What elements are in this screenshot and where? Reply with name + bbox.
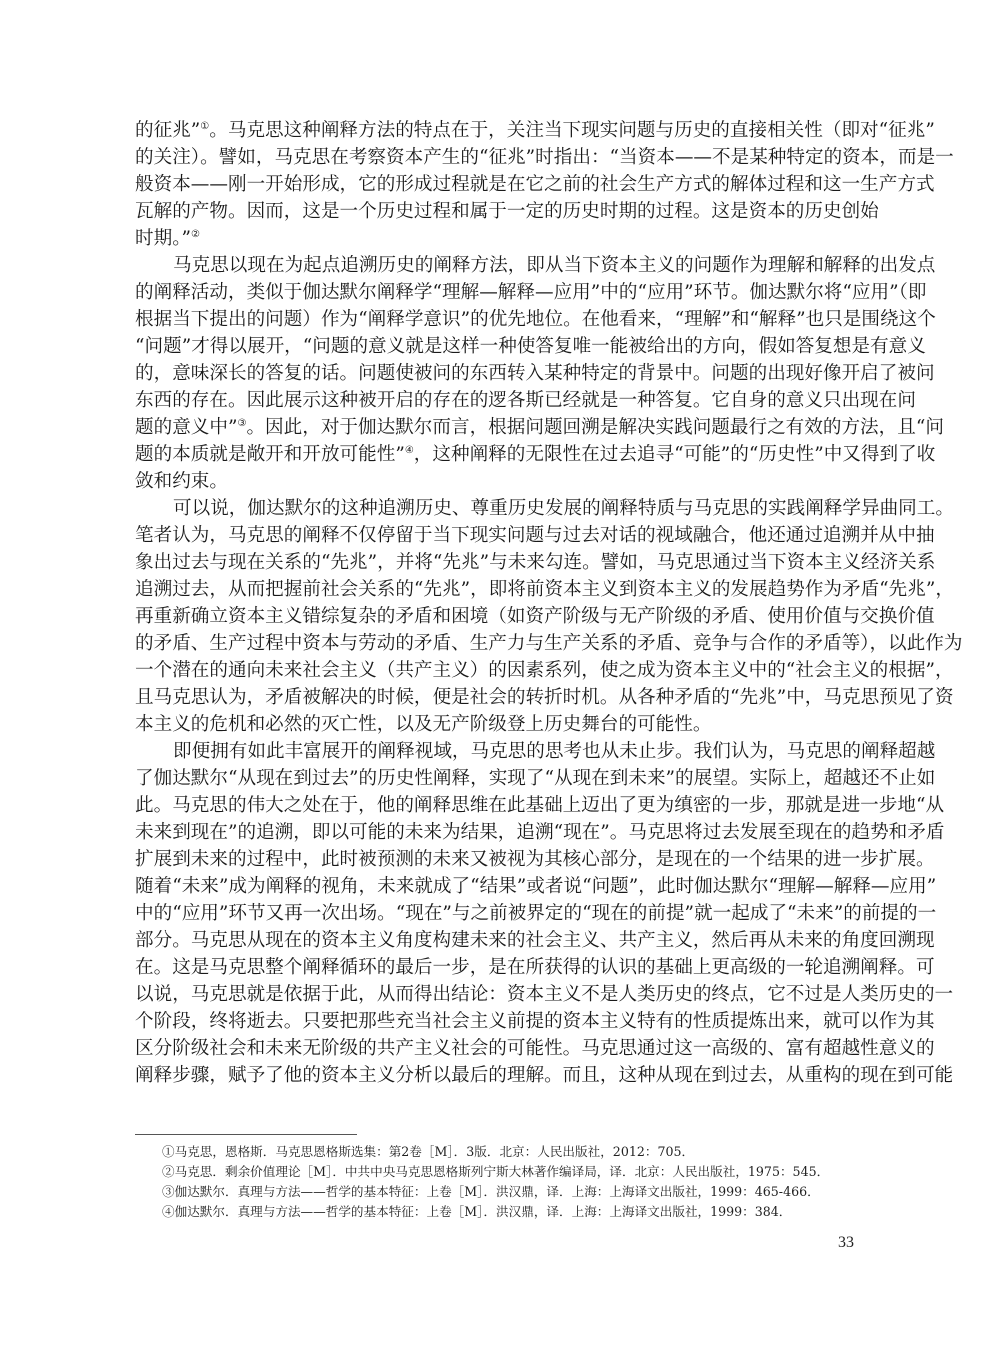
text-line: 敛和约束。	[135, 468, 867, 495]
text-line: 般资本——刚一开始形成，它的形成过程就是在它之前的社会生产方式的解体过程和这一生…	[135, 171, 867, 198]
text-line: 题的本质就是敞开和开放可能性”④，这种阐释的无限性在过去追寻“可能”的“历史性”…	[135, 441, 867, 468]
text-line: 即便拥有如此丰富展开的阐释视域，马克思的思考也从未止步。我们认为，马克思的阐释超…	[135, 738, 867, 765]
paragraph: 的征兆”①。马克思这种阐释方法的特点在于，关注当下现实问题与历史的直接相关性（即…	[135, 117, 867, 252]
footnote-ref[interactable]: ④	[405, 445, 414, 456]
text-line: 再重新确立资本主义错综复杂的矛盾和困境（如资产阶级与无产阶级的矛盾、使用价值与交…	[135, 603, 867, 630]
text-line: 可以说，伽达默尔的这种追溯历史、尊重历史发展的阐释特质与马克思的实践阐释学异曲同…	[135, 495, 867, 522]
paragraph: 马克思以现在为起点追溯历史的阐释方法，即从当下资本主义的问题作为理解和解释的出发…	[135, 252, 867, 495]
text-line: 的矛盾、生产过程中资本与劳动的矛盾、生产力与生产关系的矛盾、竞争与合作的矛盾等）…	[135, 630, 867, 657]
text-line: 东西的存在。因此展示这种被开启的存在的逻各斯已经就是一种答复。它自身的意义只出现…	[135, 387, 867, 414]
text-line: 的阐释活动，类似于伽达默尔阐释学“理解—解释—应用”中的“应用”环节。伽达默尔将…	[135, 279, 867, 306]
paragraph: 可以说，伽达默尔的这种追溯历史、尊重历史发展的阐释特质与马克思的实践阐释学异曲同…	[135, 495, 867, 738]
text-line: 时期。”②	[135, 225, 867, 252]
text-line: 追溯过去，从而把握前社会关系的“先兆”，即将前资本主义到资本主义的发展趋势作为矛…	[135, 576, 867, 603]
footnotes: ①马克思，恩格斯．马克思恩格斯选集：第2卷［M］．3版．北京：人民出版社，201…	[162, 1142, 862, 1222]
text-line: “问题”才得以展开，“问题的意义就是这样一种使答复唯一能被给出的方向，假如答复想…	[135, 333, 867, 360]
text-line: 根据当下提出的问题）作为“阐释学意识”的优先地位。在他看来，“理解”和“解释”也…	[135, 306, 867, 333]
text-line: 了伽达默尔“从现在到过去”的历史性阐释，实现了“从现在到未来”的展望。实际上，超…	[135, 765, 867, 792]
text-line: 此。马克思的伟大之处在于，他的阐释思维在此基础上迈出了更为缜密的一步，那就是进一…	[135, 792, 867, 819]
text-line: 瓦解的产物。因而，这是一个历史过程和属于一定的历史时期的过程。这是资本的历史创始	[135, 198, 867, 225]
footnote-1: ①马克思，恩格斯．马克思恩格斯选集：第2卷［M］．3版．北京：人民出版社，201…	[162, 1142, 862, 1162]
text-line: 未来到现在”的追溯，即以可能的未来为结果，追溯“现在”。马克思将过去发展至现在的…	[135, 819, 867, 846]
text-line: 且马克思认为，矛盾被解决的时候，便是社会的转折时机。从各种矛盾的“先兆”中，马克…	[135, 684, 867, 711]
text-line: 部分。马克思从现在的资本主义角度构建未来的社会主义、共产主义，然后再从未来的角度…	[135, 927, 867, 954]
footnote-3: ③伽达默尔．真理与方法——哲学的基本特征：上卷［M］．洪汉鼎，译．上海：上海译文…	[162, 1182, 862, 1202]
footnote-2: ②马克思．剩余价值理论［M］．中共中央马克思恩格斯列宁斯大林著作编译局，译．北京…	[162, 1162, 862, 1182]
text-line: 笔者认为，马克思的阐释不仅停留于当下现实问题与过去对话的视域融合，他还通过追溯并…	[135, 522, 867, 549]
text-line: 的关注）。譬如，马克思在考察资本产生的“征兆”时指出：“当资本——不是某种特定的…	[135, 144, 867, 171]
text-line: 以说，马克思就是依据于此，从而得出结论：资本主义不是人类历史的终点，它不过是人类…	[135, 981, 867, 1008]
text-line: 阐释步骤，赋予了他的资本主义分析以最后的理解。而且，这种从现在到过去，从重构的现…	[135, 1062, 867, 1089]
text-line: 题的意义中”③。因此，对于伽达默尔而言，根据问题回溯是解决实践问题最行之有效的方…	[135, 414, 867, 441]
page-number: 33	[838, 1234, 854, 1252]
body-text: 的征兆”①。马克思这种阐释方法的特点在于，关注当下现实问题与历史的直接相关性（即…	[135, 117, 867, 1089]
footnote-divider	[135, 1134, 357, 1135]
footnote-ref[interactable]: ②	[191, 229, 200, 240]
paragraph: 即便拥有如此丰富展开的阐释视域，马克思的思考也从未止步。我们认为，马克思的阐释超…	[135, 738, 867, 1089]
text-line: 象出过去与现在关系的“先兆”，并将“先兆”与未来勾连。譬如，马克思通过当下资本主…	[135, 549, 867, 576]
text-line: 区分阶级社会和未来无阶级的共产主义社会的可能性。马克思通过这一高级的、富有超越性…	[135, 1035, 867, 1062]
text-line: 个阶段，终将逝去。只要把那些充当社会主义前提的资本主义特有的性质提炼出来，就可以…	[135, 1008, 867, 1035]
text-line: 一个潜在的通向未来社会主义（共产主义）的因素系列，使之成为资本主义中的“社会主义…	[135, 657, 867, 684]
footnote-4: ④伽达默尔．真理与方法——哲学的基本特征：上卷［M］．洪汉鼎，译．上海：上海译文…	[162, 1202, 862, 1222]
text-line: 中的“应用”环节又再一次出场。“现在”与之前被界定的“现在的前提”就一起成了“未…	[135, 900, 867, 927]
text-line: 本主义的危机和必然的灭亡性，以及无产阶级登上历史舞台的可能性。	[135, 711, 867, 738]
footnote-ref[interactable]: ①	[200, 121, 209, 132]
text-line: 的，意味深长的答复的话。问题使被问的东西转入某种特定的背景中。问题的出现好像开启…	[135, 360, 867, 387]
text-line: 在。这是马克思整个阐释循环的最后一步，是在所获得的认识的基础上更高级的一轮追溯阐…	[135, 954, 867, 981]
document-page: 的征兆”①。马克思这种阐释方法的特点在于，关注当下现实问题与历史的直接相关性（即…	[0, 0, 1000, 1347]
text-line: 扩展到未来的过程中，此时被预测的未来又被视为其核心部分，是现在的一个结果的进一步…	[135, 846, 867, 873]
text-line: 马克思以现在为起点追溯历史的阐释方法，即从当下资本主义的问题作为理解和解释的出发…	[135, 252, 867, 279]
text-line: 的征兆”①。马克思这种阐释方法的特点在于，关注当下现实问题与历史的直接相关性（即…	[135, 117, 867, 144]
text-line: 随着“未来”成为阐释的视角，未来就成了“结果”或者说“问题”，此时伽达默尔“理解…	[135, 873, 867, 900]
